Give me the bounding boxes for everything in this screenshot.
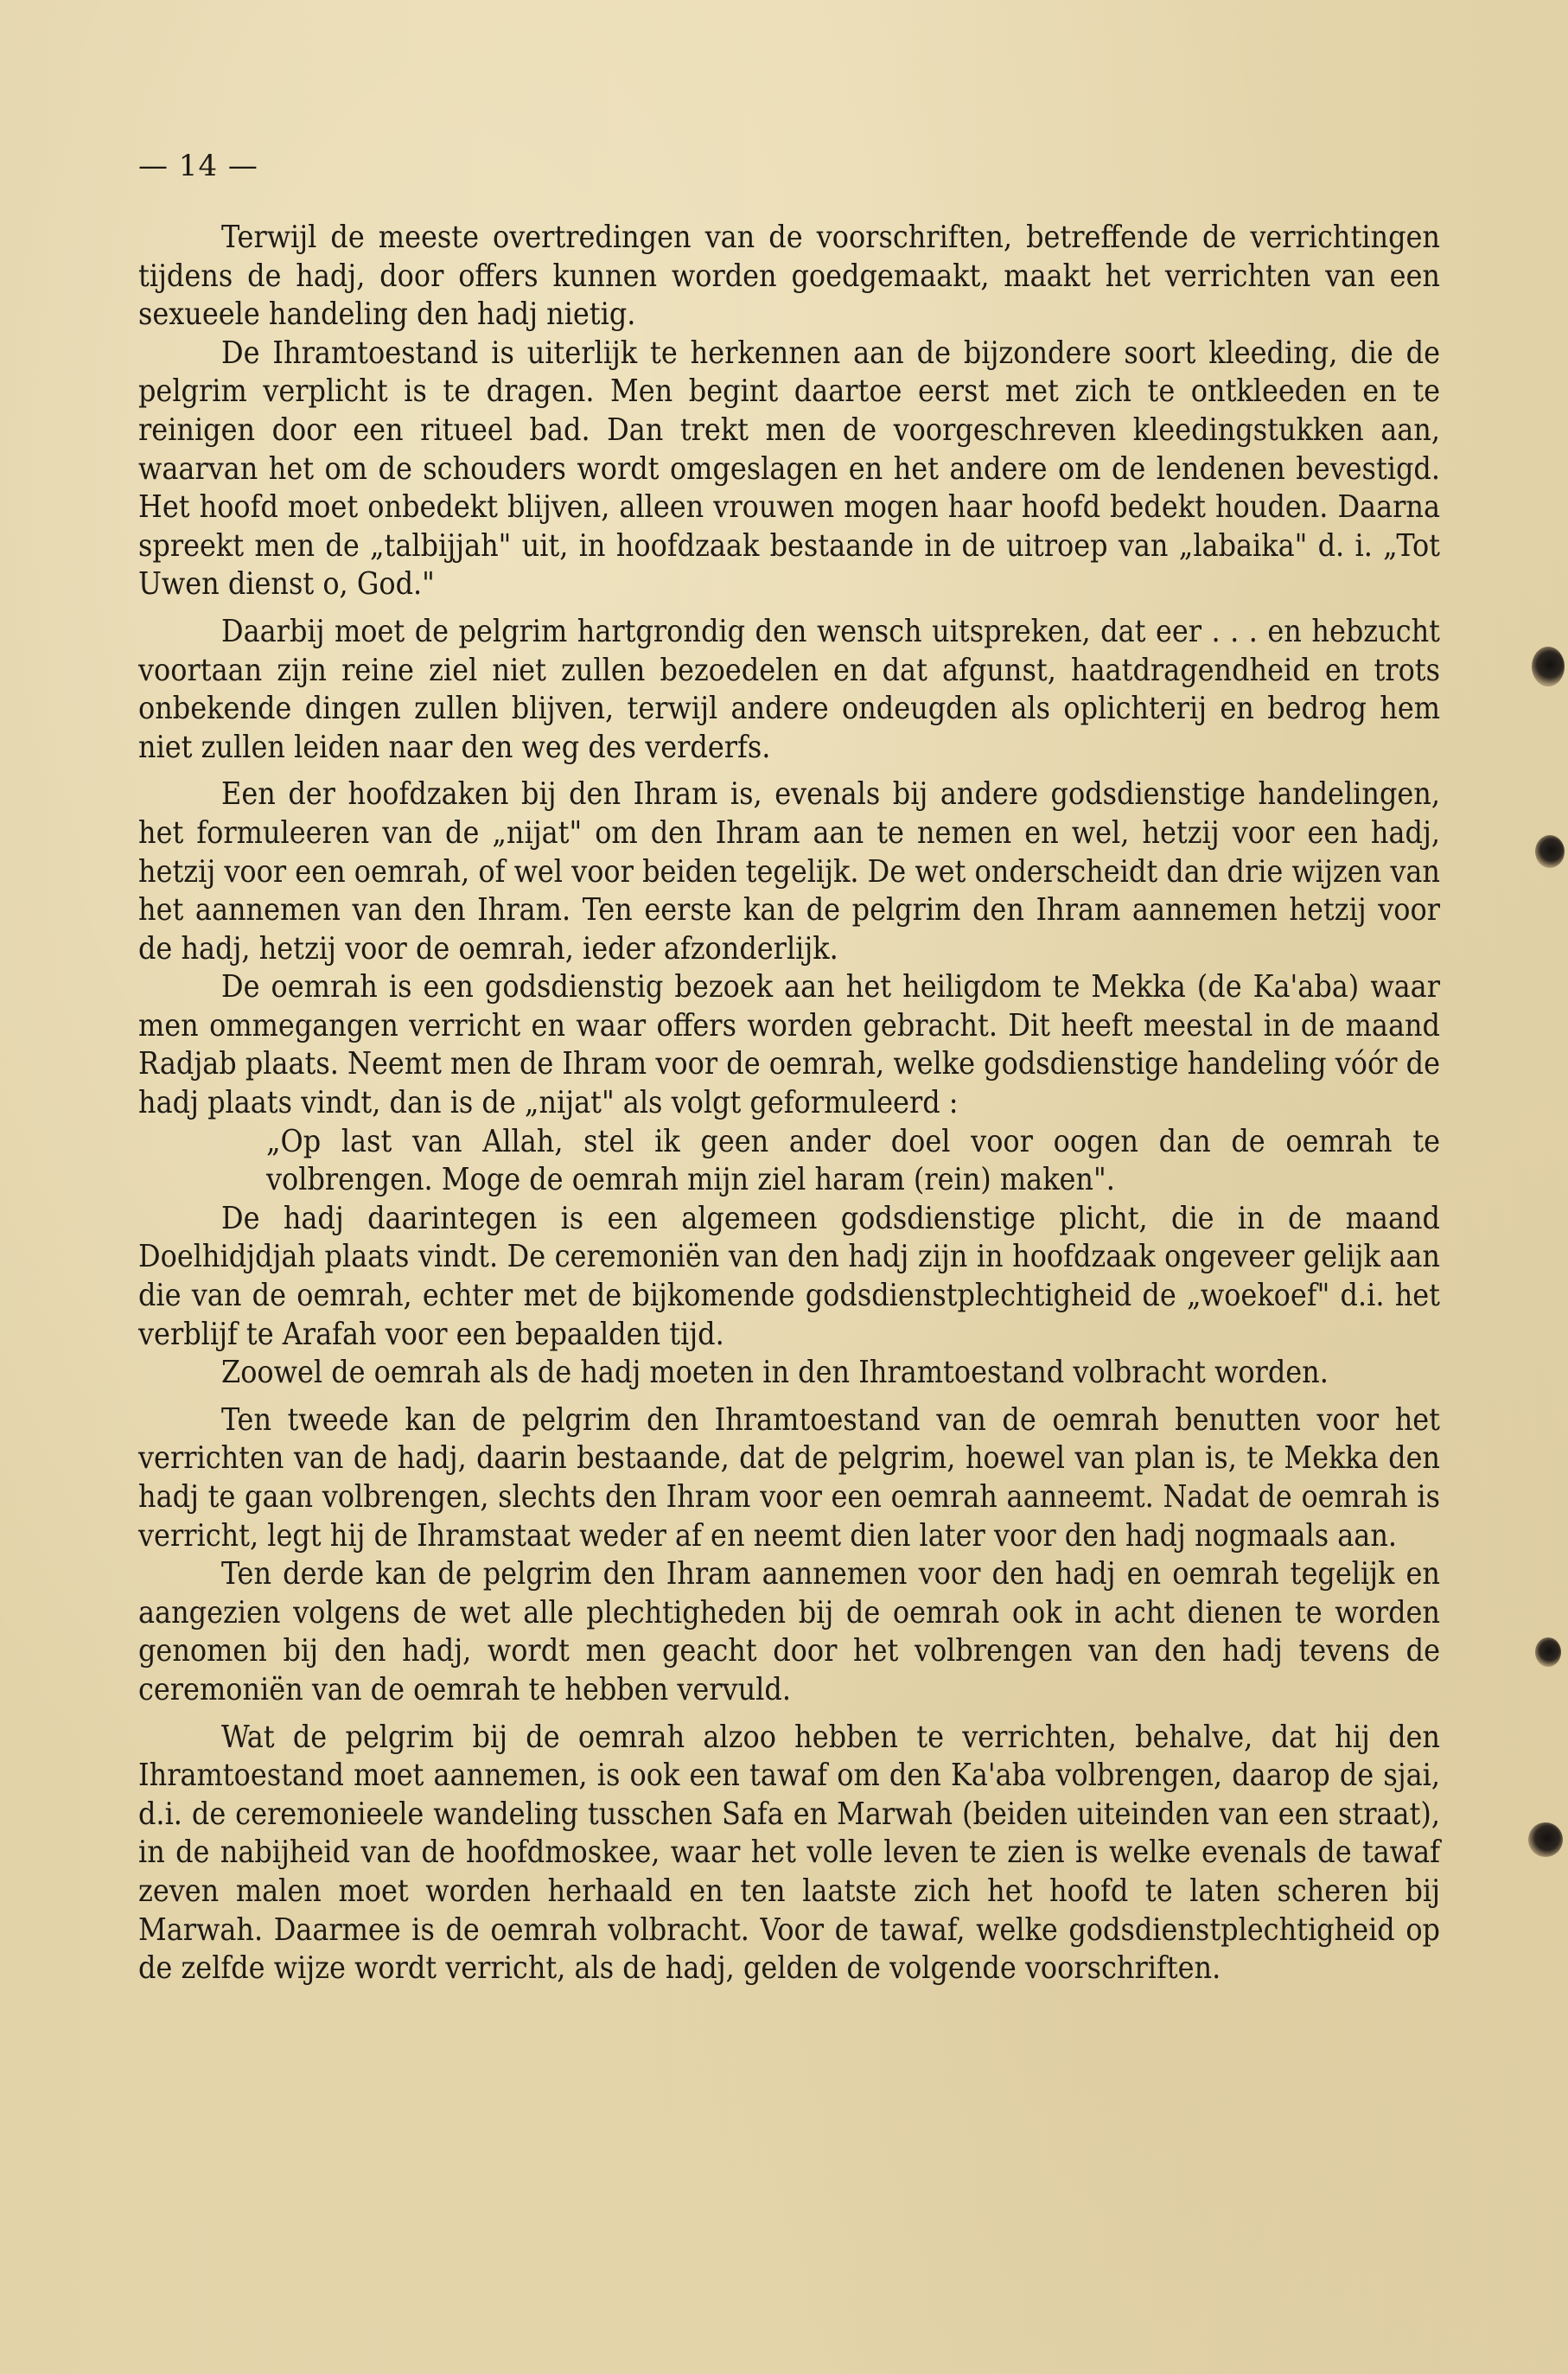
- binding-hole-2: [1535, 835, 1565, 868]
- paragraph-oemrah-rituals: Wat de pelgrim bij de oemrah alzoo hebbe…: [138, 1719, 1440, 1988]
- paragraph-third-way: Ten derde kan de pelgrim den Ihram aanne…: [138, 1555, 1440, 1709]
- paragraph-ihram-clothing: De Ihramtoestand is uiterlijk te herkenn…: [138, 335, 1440, 604]
- binding-hole-1: [1532, 647, 1565, 686]
- paragraph-pilgrim-wish: Daarbij moet de pelgrim hartgrondig den …: [138, 613, 1440, 767]
- binding-hole-4: [1528, 1822, 1563, 1857]
- paragraph-nijat-formulation: Een der hoofdzaken bij den Ihram is, eve…: [138, 775, 1440, 968]
- paragraph-second-way: Ten tweede kan de pelgrim den Ihramtoest…: [138, 1401, 1440, 1555]
- nijat-quote: „Op last van Allah, stel ik geen ander d…: [266, 1123, 1440, 1200]
- binding-hole-3: [1535, 1637, 1561, 1667]
- page-number: — 14 —: [138, 149, 258, 183]
- paragraph-hadj-definition: De hadj daarintegen is een algemeen gods…: [138, 1200, 1440, 1354]
- body-text: Terwijl de meeste overtredingen van de v…: [138, 219, 1440, 1988]
- paragraph-ihram-required: Zoowel de oemrah als de hadj moeten in d…: [138, 1354, 1440, 1393]
- paragraph-oemrah-definition: De oemrah is een godsdienstig bezoek aan…: [138, 968, 1440, 1122]
- paragraph-sexual-act-invalidates-hadj: Terwijl de meeste overtredingen van de v…: [138, 219, 1440, 335]
